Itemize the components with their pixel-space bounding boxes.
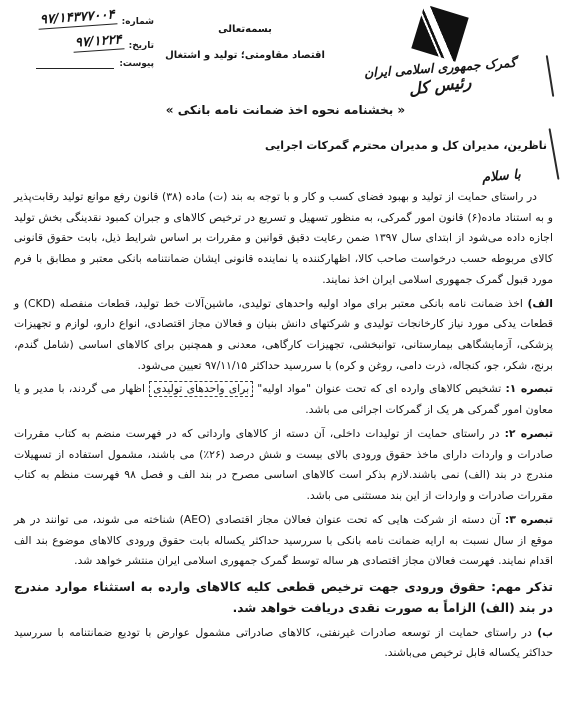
important-warning: تذکر مهم: حقوق ورودی جهت ترخیص قطعی کلیه… — [14, 577, 553, 620]
note-3-text: آن دسته از شرکت هایی که تحت عنوان فعالان… — [14, 513, 553, 567]
clause-b-text: در راستای حمایت از توسعه صادرات غیرنفتی،… — [14, 626, 553, 660]
pen-stroke-mark — [549, 128, 560, 180]
slogan-text: اقتصاد مقاومتی؛ تولید و اشتغال — [150, 50, 340, 61]
warning-label: تذکر مهم: — [491, 580, 553, 594]
note-3: تبصره ۳: آن دسته از شرکت هایی که تحت عنو… — [14, 510, 553, 572]
salutation: با سلام — [482, 167, 522, 185]
attachment-field: پیوست: — [4, 58, 154, 69]
number-field: شماره: ۹۷/۱۴۳۷۷۰۰۴ — [4, 10, 154, 27]
note-2: تبصره ۲: در راستای حمایت از تولیدات داخل… — [14, 424, 553, 507]
note-3-label: تبصره ۳: — [505, 513, 553, 526]
attachment-blank-line — [36, 58, 114, 69]
note-1: تبصره ۱: تشخیص کالاهای وارده ای که تحت ع… — [14, 379, 553, 420]
date-value-handwritten: ۹۷/۱۲۲۴ — [72, 32, 124, 52]
clause-a: الف) اخذ ضمانت نامه بانکی معتبر برای موا… — [14, 294, 553, 377]
letter-body: در راستای حمایت از تولید و بهبود فضای کس… — [14, 187, 553, 667]
center-heading: بسمه‌تعالی اقتصاد مقاومتی؛ تولید و اشتغا… — [150, 24, 340, 61]
document-page: شماره: ۹۷/۱۴۳۷۷۰۰۴ تاریخ: ۹۷/۱۲۲۴ پیوست:… — [0, 0, 571, 716]
logo-block: گمرک جمهوری اسلامی ایران رئیس کل — [360, 4, 520, 95]
note-1-label: تبصره ۱: — [505, 382, 553, 395]
number-value-handwritten: ۹۷/۱۴۳۷۷۰۰۴ — [38, 7, 118, 29]
date-field: تاریخ: ۹۷/۱۲۲۴ — [4, 34, 154, 51]
addressee-line: ناظرین، مدیران کل و مدیران محترم گمرکات … — [265, 139, 547, 152]
clause-a-label: الف) — [527, 297, 553, 310]
letterhead-fields: شماره: ۹۷/۱۴۳۷۷۰۰۴ تاریخ: ۹۷/۱۲۲۴ پیوست: — [4, 10, 154, 76]
bismillah-text: بسمه‌تعالی — [150, 24, 340, 35]
note-2-text: در راستای حمایت از تولیدات داخلی، آن دست… — [14, 427, 553, 502]
note-2-label: تبصره ۲: — [505, 427, 553, 440]
clause-a-text: اخذ ضمانت نامه بانکی معتبر برای مواد اول… — [14, 297, 553, 372]
circular-title: « بخشنامه نحوه اخذ ضمانت نامه بانکی » — [0, 103, 571, 117]
note-1-text-before: تشخیص کالاهای وارده ای که تحت عنوان "موا… — [257, 382, 501, 395]
attachment-label: پیوست: — [119, 59, 154, 69]
warning-text: حقوق ورودی جهت ترخیص قطعی کلیه کالاهای و… — [14, 580, 553, 615]
highlighted-phrase: برای واحدهای تولیدی — [149, 381, 253, 397]
clause-b-label: ب) — [537, 626, 553, 639]
pen-stroke-mark — [546, 55, 555, 97]
intro-paragraph: در راستای حمایت از تولید و بهبود فضای کس… — [14, 187, 553, 291]
intro-text: در راستای حمایت از تولید و بهبود فضای کس… — [14, 190, 553, 286]
clause-b: ب) در راستای حمایت از توسعه صادرات غیرنف… — [14, 623, 553, 664]
customs-logo-icon — [411, 4, 468, 61]
